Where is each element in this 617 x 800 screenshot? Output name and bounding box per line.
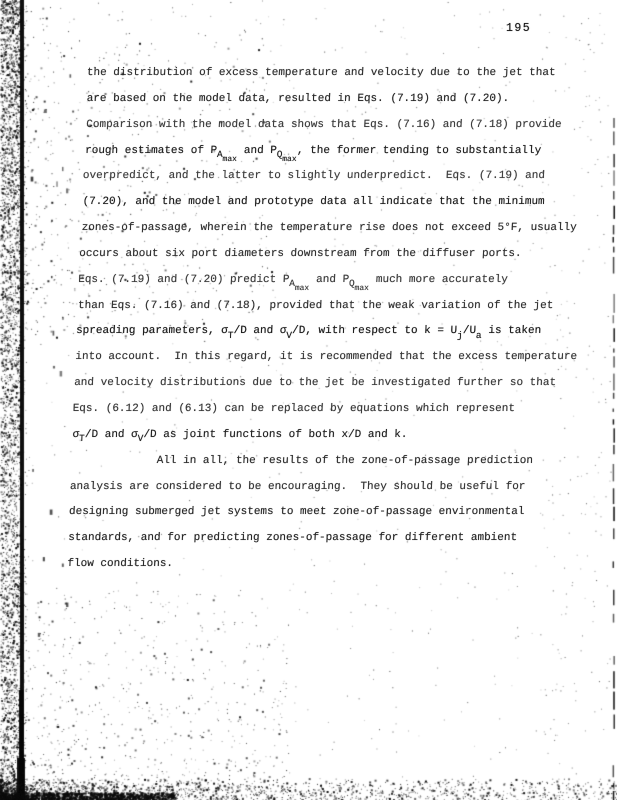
line-text: the distribution of excess temperature a… xyxy=(87,67,556,79)
line-text: overpredict, and the latter to slightly … xyxy=(83,170,546,182)
text-line: flow conditions. xyxy=(67,558,588,584)
line-text: and velocity distributions due to the je… xyxy=(74,377,556,389)
subscript-text: T xyxy=(79,433,85,444)
text-line: analysis are considered to be encouragin… xyxy=(69,481,590,507)
text-line: standards, and for predicting zones-of-p… xyxy=(67,532,588,558)
subscript-text: max xyxy=(295,284,310,293)
subscript-text: max xyxy=(222,155,237,164)
subscript-text: V xyxy=(137,433,143,444)
line-text: Eqs. (7.19) and (7.20) predict P xyxy=(78,274,290,286)
text-line: rough estimates of PAmax and PQmax, the … xyxy=(84,145,605,171)
subscript-text: max xyxy=(282,155,297,164)
line-text: are based on the model data, resulted in… xyxy=(86,93,509,105)
subscript-text: j xyxy=(457,330,463,341)
line-text: spreading parameters, σ xyxy=(76,325,228,337)
line-text: standards, and for predicting zones-of-p… xyxy=(68,532,517,544)
line-text: /D and σ xyxy=(85,429,138,441)
line-text: into account. In this regard, it is reco… xyxy=(75,351,577,363)
line-text: /D, with respect to k = U xyxy=(292,325,458,337)
page-number: 195 xyxy=(506,22,531,35)
line-text: flow conditions. xyxy=(67,558,173,570)
text-line: than Eqs. (7.16) and (7.18), provided th… xyxy=(77,300,598,326)
line-text: and P xyxy=(237,145,277,157)
text-line: are based on the model data, resulted in… xyxy=(86,93,607,119)
line-text: is taken xyxy=(481,325,541,337)
text-line: the distribution of excess temperature a… xyxy=(86,67,607,93)
text-line: Eqs. (7.19) and (7.20) predict PAmax and… xyxy=(77,274,598,300)
text-line: Eqs. (6.12) and (6.13) can be replaced b… xyxy=(72,403,593,429)
line-text: , the former tending to substantially xyxy=(297,145,542,157)
text-line: occurs about six port diameters downstre… xyxy=(78,248,599,274)
line-text: designing submerged jet systems to meet … xyxy=(69,506,525,518)
subscript-text: a xyxy=(476,330,482,341)
line-text: Comparison with the model data shows tha… xyxy=(86,119,562,131)
line-text: (7.20), and the model and prototype data… xyxy=(82,196,545,208)
subscript-text: V xyxy=(286,330,292,341)
line-text: Eqs. (6.12) and (6.13) can be replaced b… xyxy=(72,403,515,415)
text-line: overpredict, and the latter to slightly … xyxy=(82,170,603,196)
line-text: /D as joint functions of both x/D and k. xyxy=(143,429,408,441)
text-line: (7.20), and the model and prototype data… xyxy=(82,196,603,222)
line-text: zones-of-passage, wherein the temperatur… xyxy=(81,222,577,234)
line-text: than Eqs. (7.16) and (7.18), provided th… xyxy=(78,300,554,312)
line-text: /D and σ xyxy=(233,325,286,337)
line-text: All in all, the results of the zone-of-p… xyxy=(156,455,533,467)
scanned-page: 195 the distribution of excess temperatu… xyxy=(0,0,617,800)
text-line: All in all, the results of the zone-of-p… xyxy=(71,455,592,481)
line-text: analysis are considered to be encouragin… xyxy=(70,481,526,493)
text-line: into account. In this regard, it is reco… xyxy=(75,351,596,377)
text-line: zones-of-passage, wherein the temperatur… xyxy=(81,222,602,248)
line-text: and P xyxy=(309,274,349,286)
text-line: Comparison with the model data shows tha… xyxy=(85,119,606,145)
subscript-text: T xyxy=(227,330,233,341)
line-text: much more accurately xyxy=(369,274,508,286)
text-block: the distribution of excess temperature a… xyxy=(66,67,608,584)
line-text: rough estimates of P xyxy=(85,145,218,157)
text-line: σT/D and σV/D as joint functions of both… xyxy=(72,429,593,455)
subscript-text: max xyxy=(354,284,369,293)
text-line: designing submerged jet systems to meet … xyxy=(68,506,589,532)
text-line: and velocity distributions due to the je… xyxy=(73,377,594,403)
line-text: /U xyxy=(463,325,477,337)
line-text: occurs about six port diameters downstre… xyxy=(79,248,522,260)
text-line: spreading parameters, σT/D and σV/D, wit… xyxy=(75,325,596,351)
